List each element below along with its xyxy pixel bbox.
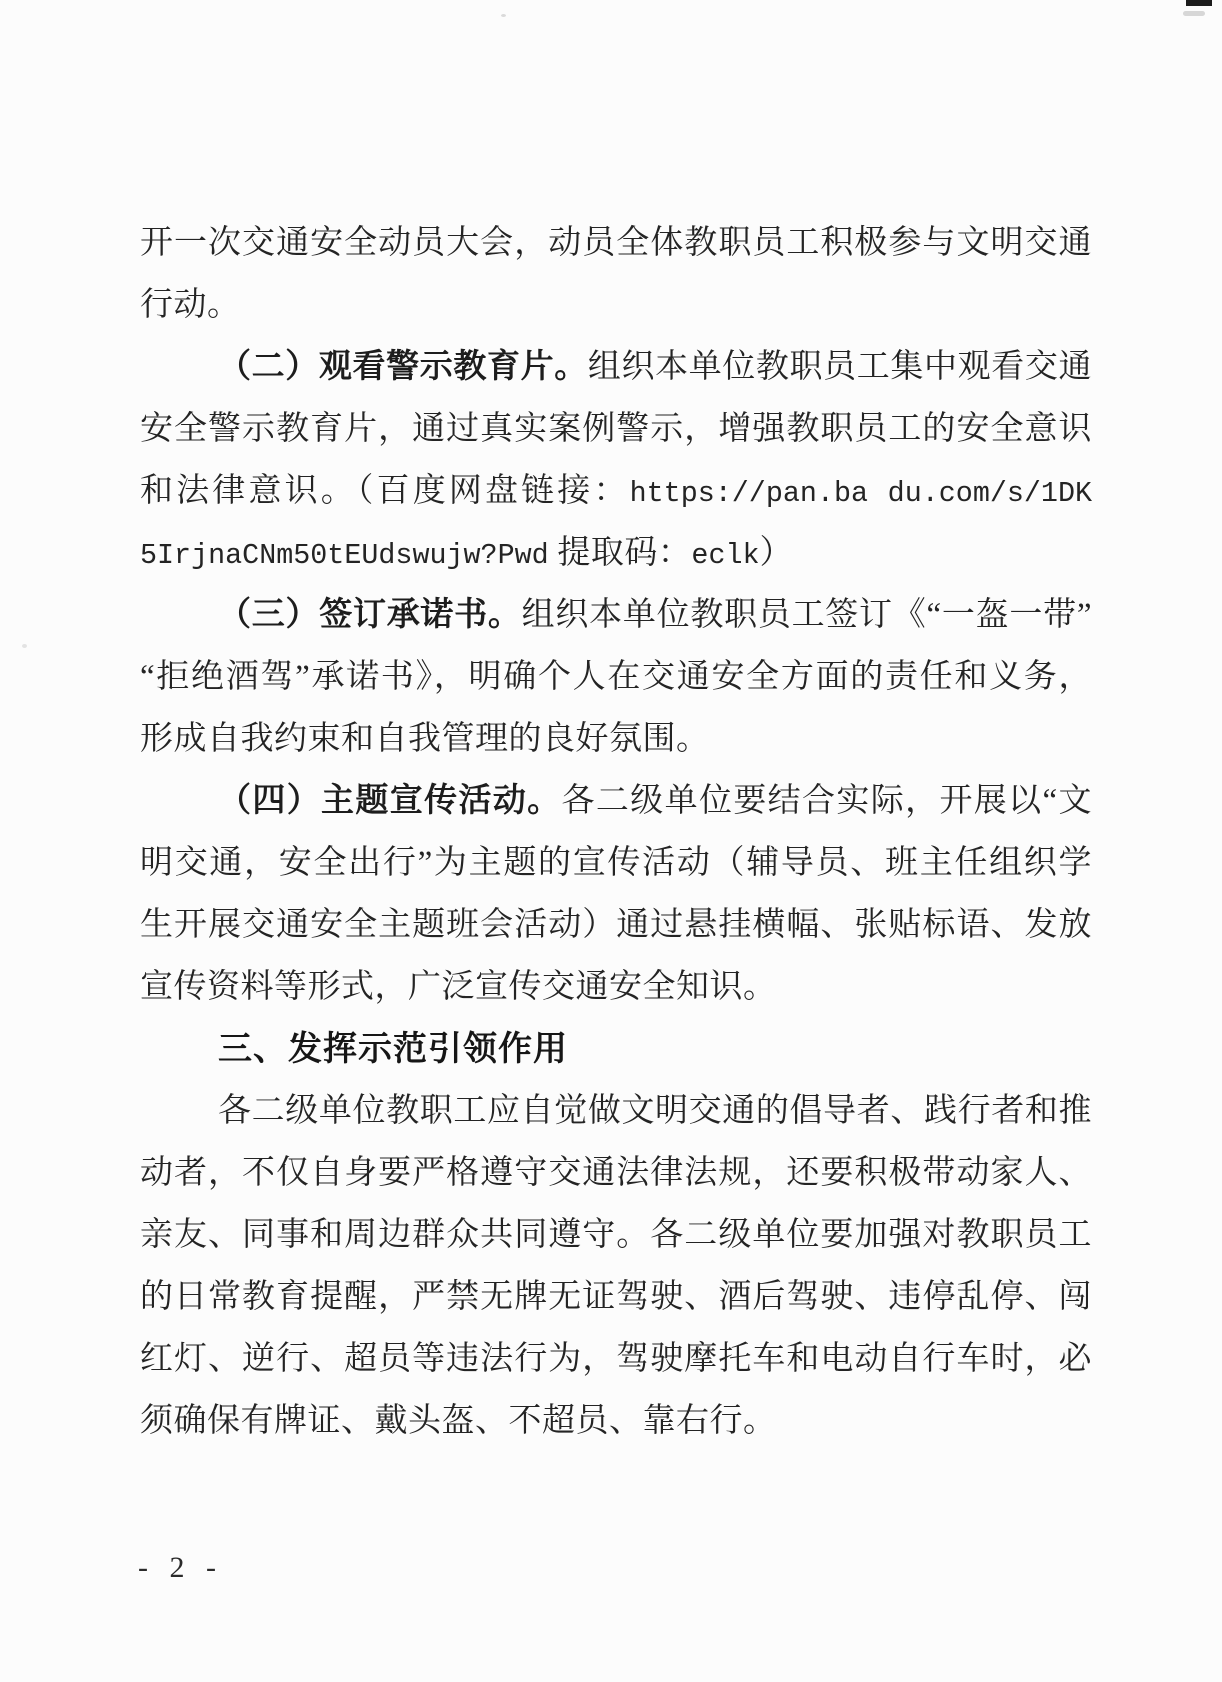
- text-line: “拒绝酒驾”承诺书》，明确个人在交通安全方面的责任和义务，: [140, 646, 1092, 708]
- text-segment-lead: （三）签订承诺书。: [218, 597, 522, 633]
- text-segment-body: 各二级单位教职工应自觉做文明交通的倡导者、践行者和推: [218, 1093, 1092, 1129]
- text-line: 安全警示教育片，通过真实案例警示，增强教职员工的安全意识: [140, 398, 1092, 460]
- scan-speck: [22, 644, 27, 648]
- text-line: 红灯、逆行、超员等违法行为，驾驶摩托车和电动自行车时，必: [140, 1328, 1092, 1390]
- text-segment-body: 开一次交通安全动员大会，动员全体教职员工积极参与文明交通: [140, 225, 1092, 261]
- text-line: 亲友、同事和周边群众共同遵守。各二级单位要加强对教职员工: [140, 1204, 1092, 1266]
- text-line: 行动。: [140, 274, 1092, 336]
- text-line: 的日常教育提醒，严禁无牌无证驾驶、酒后驾驶、违停乱停、闯: [140, 1266, 1092, 1328]
- text-segment-lead: （四）主题宣传活动。: [218, 783, 562, 819]
- text-line: 生开展交通安全主题班会活动）通过悬挂横幅、张贴标语、发放: [140, 894, 1092, 956]
- text-segment-body: 组织本单位教职员工集中观看交通: [588, 349, 1092, 385]
- text-line: （三）签订承诺书。组织本单位教职员工签订《“一盔一带”: [140, 584, 1092, 646]
- text-line: 明交通，安全出行”为主题的宣传活动（辅导员、班主任组织学: [140, 832, 1092, 894]
- text-segment-body: 安全警示教育片，通过真实案例警示，增强教职员工的安全意识: [140, 411, 1092, 447]
- text-segment-body: 的日常教育提醒，严禁无牌无证驾驶、酒后驾驶、违停乱停、闯: [140, 1279, 1092, 1315]
- text-segment-body: “拒绝酒驾”承诺书》，明确个人在交通安全方面的责任和义务，: [140, 659, 1092, 695]
- text-segment-body: 和法律意识。（百度网盘链接：: [140, 473, 630, 509]
- text-segment-body: 生开展交通安全主题班会活动）通过悬挂横幅、张贴标语、发放: [140, 907, 1092, 943]
- text-line: 三、发挥示范引领作用: [140, 1018, 1092, 1080]
- text-line: 宣传资料等形式，广泛宣传交通安全知识。: [140, 956, 1092, 1018]
- text-segment-lead: （二）观看警示教育片。: [218, 349, 588, 385]
- scan-artifact-corner: [1186, 0, 1212, 6]
- text-line: 开一次交通安全动员大会，动员全体教职员工积极参与文明交通: [140, 212, 1092, 274]
- text-segment-body: 形成自我约束和自我管理的良好氛围。: [140, 721, 710, 757]
- text-line: （二）观看警示教育片。组织本单位教职员工集中观看交通: [140, 336, 1092, 398]
- text-segment-body: 动者，不仅自身要严格遵守交通法律法规，还要积极带动家人、: [140, 1155, 1092, 1191]
- page-number: - 2 -: [138, 1548, 218, 1588]
- text-segment-body: ）: [760, 535, 794, 571]
- text-segment-body: 行动。: [140, 287, 241, 323]
- scan-artifact-smudge: [1183, 11, 1205, 16]
- scanned-document-page: 开一次交通安全动员大会，动员全体教职员工积极参与文明交通行动。（二）观看警示教育…: [0, 0, 1222, 1682]
- text-line: 形成自我约束和自我管理的良好氛围。: [140, 708, 1092, 770]
- text-line: 动者，不仅自身要严格遵守交通法律法规，还要积极带动家人、: [140, 1142, 1092, 1204]
- text-segment-body: 红灯、逆行、超员等违法行为，驾驶摩托车和电动自行车时，必: [140, 1341, 1092, 1377]
- document-body: 开一次交通安全动员大会，动员全体教职员工积极参与文明交通行动。（二）观看警示教育…: [140, 212, 1092, 1452]
- text-segment-heading: 三、发挥示范引领作用: [218, 1030, 568, 1068]
- text-line: 各二级单位教职工应自觉做文明交通的倡导者、践行者和推: [140, 1080, 1092, 1142]
- text-line: 5IrjnaCNm50tEUdswujw?Pwd 提取码：eclk）: [140, 522, 1092, 584]
- text-segment-body: 明交通，安全出行”为主题的宣传活动（辅导员、班主任组织学: [140, 845, 1092, 881]
- text-line: 和法律意识。（百度网盘链接：https://pan.ba du.com/s/1D…: [140, 460, 1092, 522]
- text-segment-body: 宣传资料等形式，广泛宣传交通安全知识。: [140, 969, 777, 1005]
- text-segment-latin: 5IrjnaCNm50tEUdswujw?Pwd: [140, 539, 549, 572]
- text-segment-body: 组织本单位教职员工签订《“一盔一带”: [522, 597, 1092, 633]
- text-segment-body: 须确保有牌证、戴头盔、不超员、靠右行。: [140, 1403, 777, 1439]
- text-line: （四）主题宣传活动。各二级单位要结合实际，开展以“文: [140, 770, 1092, 832]
- text-segment-latin: https://pan.ba du.com/s/1DK: [630, 477, 1092, 510]
- text-segment-latin: eclk: [691, 539, 759, 572]
- text-segment-body: 提取码：: [549, 535, 692, 571]
- text-line: 须确保有牌证、戴头盔、不超员、靠右行。: [140, 1390, 1092, 1452]
- text-segment-body: 亲友、同事和周边群众共同遵守。各二级单位要加强对教职员工: [140, 1217, 1092, 1253]
- text-segment-body: 各二级单位要结合实际，开展以“文: [562, 783, 1092, 819]
- scan-speck: [501, 14, 506, 17]
